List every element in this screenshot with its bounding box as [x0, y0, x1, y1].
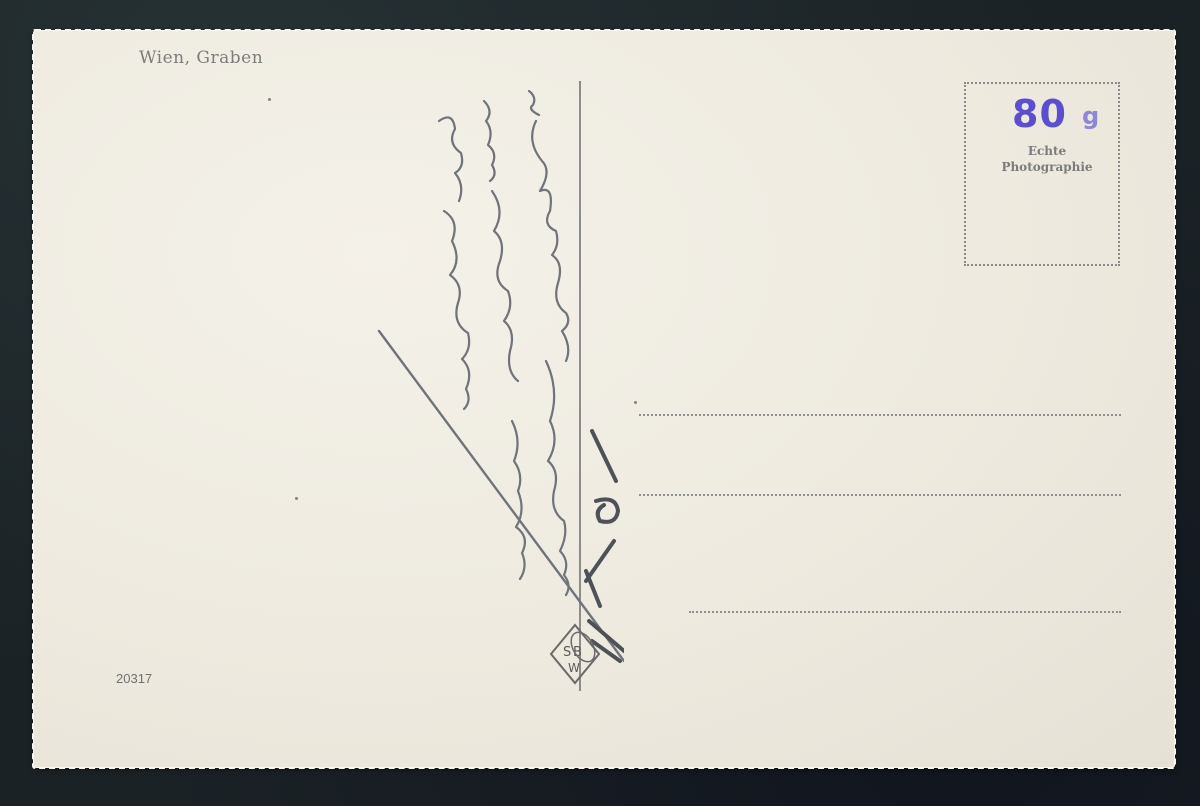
- price-stamp: 80: [1012, 92, 1067, 136]
- paper-speck: [634, 401, 637, 404]
- svg-text:S: S: [563, 645, 571, 660]
- handwriting-strokes-icon: [324, 61, 624, 701]
- currency-mark: g: [1082, 102, 1099, 130]
- serial-number: 20317: [116, 671, 152, 686]
- address-line-3: [689, 611, 1121, 613]
- address-line-1: [639, 414, 1121, 416]
- publisher-logo: S B W: [549, 623, 601, 685]
- stamp-box: 80 g Echte Photographie: [964, 82, 1120, 266]
- postcard: Wien, Graben: [34, 31, 1174, 767]
- handwritten-message: [324, 61, 624, 701]
- stamp-label-line1: Echte: [966, 144, 1128, 158]
- postcard-caption: Wien, Graben: [139, 48, 263, 68]
- svg-text:W: W: [568, 661, 580, 675]
- stamp-label-line2: Photographie: [966, 160, 1128, 174]
- paper-speck: [268, 98, 271, 101]
- paper-speck: [295, 497, 298, 500]
- sbw-diamond-logo-icon: S B W: [549, 623, 601, 685]
- address-line-2: [639, 494, 1121, 496]
